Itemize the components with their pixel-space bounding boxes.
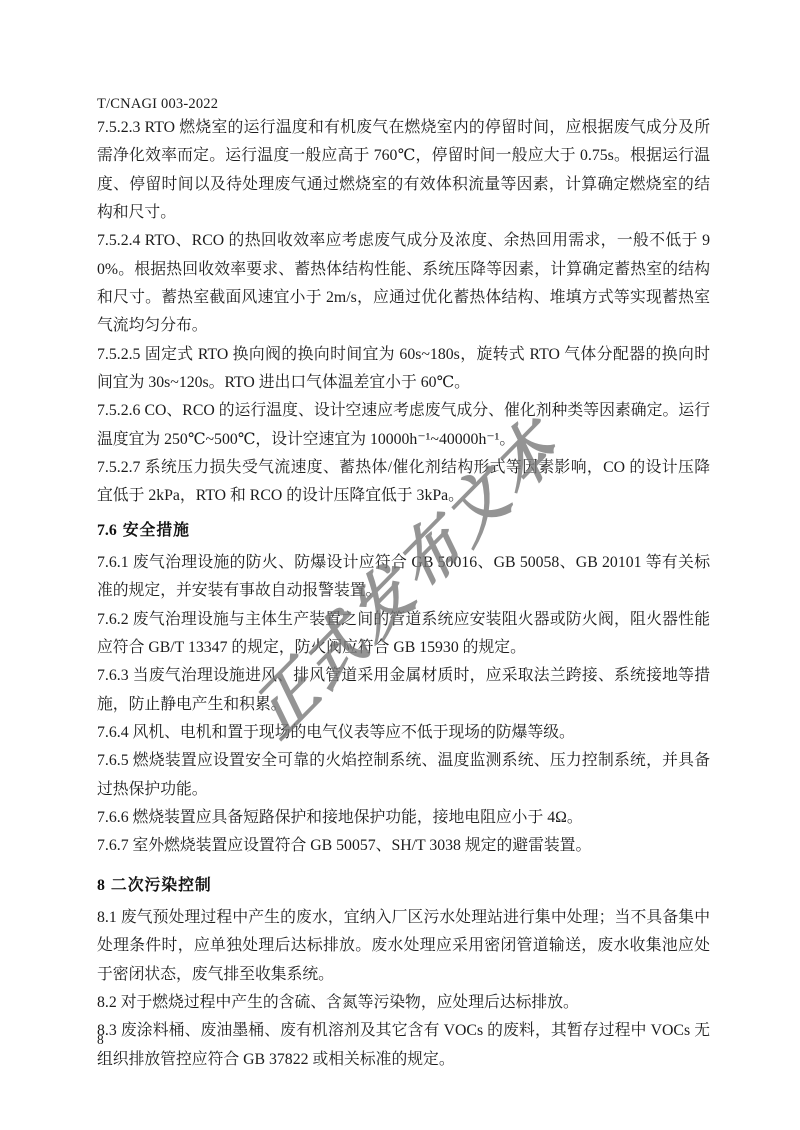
section-title: 二次污染控制 — [111, 877, 212, 894]
section-title: 安全措施 — [123, 522, 190, 539]
document-page: T/CNAGI 003-2022 7.5.2.3 RTO 燃烧室的运行温度和有机… — [0, 0, 800, 1130]
paragraph-7-6-5: 7.6.5 燃烧装置应设置安全可靠的火焰控制系统、温度监测系统、压力控制系统，并… — [97, 747, 710, 804]
paragraph-7-6-6: 7.6.6 燃烧装置应具备短路保护和接地保护功能，接地电阻应小于 4Ω。 — [97, 804, 710, 832]
standard-number-header: T/CNAGI 003-2022 — [97, 95, 218, 113]
document-body: 7.5.2.3 RTO 燃烧室的运行温度和有机废气在燃烧室内的停留时间，应根据废… — [97, 114, 710, 1074]
paragraph-7-5-2-5: 7.5.2.5 固定式 RTO 换向阀的换向时间宜为 60s~180s，旋转式 … — [97, 341, 710, 398]
paragraph-8-3: 8.3 废涂料桶、废油墨桶、废有机溶剂及其它含有 VOCs 的废料，其暂存过程中… — [97, 1017, 710, 1074]
paragraph-7-6-4: 7.6.4 风机、电机和置于现场的电气仪表等应不低于现场的防爆等级。 — [97, 719, 710, 747]
paragraph-7-5-2-7: 7.5.2.7 系统压力损失受气流速度、蓄热体/催化剂结构形式等因素影响，CO … — [97, 454, 710, 511]
paragraph-7-6-7: 7.6.7 室外燃烧装置应设置符合 GB 50057、SH/T 3038 规定的… — [97, 832, 710, 860]
section-number: 7.6 — [97, 522, 117, 539]
paragraph-8-2: 8.2 对于燃烧过程中产生的含硫、含氮等污染物，应处理后达标排放。 — [97, 989, 710, 1017]
section-heading-7-6: 7.6安全措施 — [97, 517, 710, 545]
paragraph-8-1: 8.1 废气预处理过程中产生的废水，宜纳入厂区污水处理站进行集中处理；当不具备集… — [97, 904, 710, 989]
paragraph-7-6-2: 7.6.2 废气治理设施与主体生产装置之间的管道系统应安装阻火器或防火阀，阻火器… — [97, 606, 710, 663]
section-heading-8: 8二次污染控制 — [97, 872, 710, 900]
section-number: 8 — [97, 877, 105, 894]
paragraph-7-6-1: 7.6.1 废气治理设施的防火、防爆设计应符合 GB 50016、GB 5005… — [97, 549, 710, 606]
paragraph-7-5-2-6: 7.5.2.6 CO、RCO 的运行温度、设计空速应考虑废气成分、催化剂种类等因… — [97, 397, 710, 454]
paragraph-7-5-2-4: 7.5.2.4 RTO、RCO 的热回收效率应考虑废气成分及浓度、余热回用需求，… — [97, 227, 710, 340]
page-number: 8 — [97, 1031, 104, 1049]
paragraph-7-6-3: 7.6.3 当废气治理设施进风、排风管道采用金属材质时，应采取法兰跨接、系统接地… — [97, 662, 710, 719]
paragraph-7-5-2-3: 7.5.2.3 RTO 燃烧室的运行温度和有机废气在燃烧室内的停留时间，应根据废… — [97, 114, 710, 227]
